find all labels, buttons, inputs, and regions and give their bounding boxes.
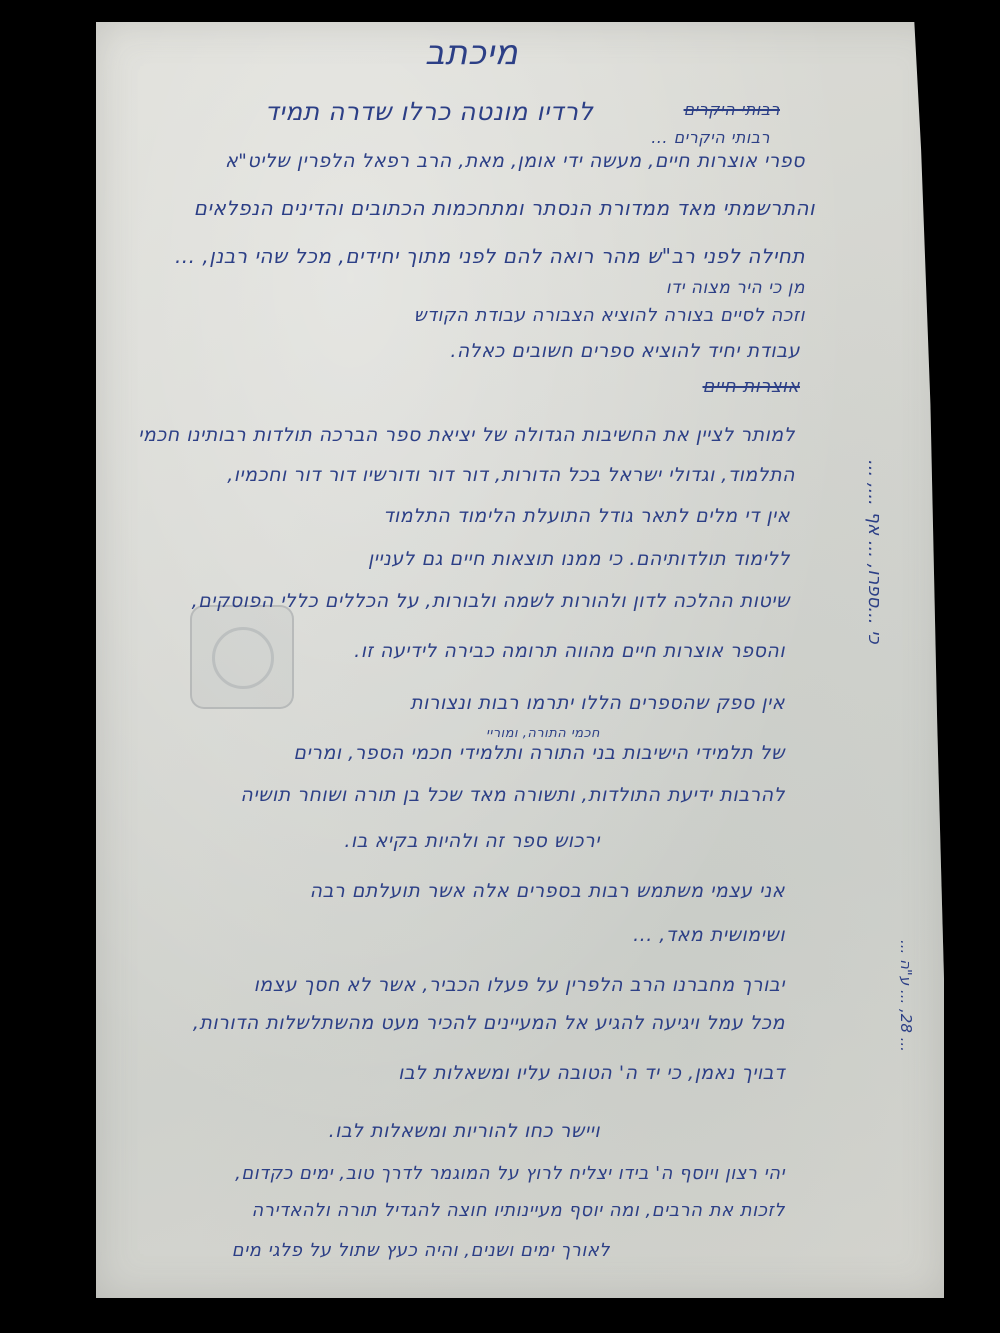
text-line: שיטות ההלכה לדון ולהורות לשמה ולבורות, ע…	[192, 590, 790, 612]
margin-note-bottom: ... 28, ... ע"ה ...	[897, 940, 915, 1052]
text-line: רבותי היקרים ...	[651, 128, 770, 147]
interlinear-note: חכמי התורה, ומוריי	[486, 726, 600, 741]
text-line: ושימושית מאד, ...	[633, 924, 785, 946]
text-line: ספרי אוצרות חיים, מעשה ידי אומן, מאת, הר…	[225, 150, 805, 172]
text-line: מן כי היר מצוה ידו	[666, 278, 805, 298]
text-line: של תלמידי הישיבות בני התורה ותלמידי חכמי…	[293, 742, 785, 764]
ghost-stamp	[190, 605, 294, 709]
letter-title: מיכתב	[425, 33, 518, 73]
text-line: רבותי היקרים	[684, 100, 780, 119]
text-line: מכל עמל ויגיעה להגיע אל המעיינים להכיר מ…	[193, 1012, 785, 1034]
text-line: אני עצמי משתמש רבות בספרים אלה אשר תועלת…	[310, 880, 785, 902]
text-line: למותר לציין את החשיבות הגדולה של יציאת ס…	[138, 424, 795, 446]
margin-note-middle: כי ...ספרו, ... אף ..., ...	[864, 460, 885, 644]
text-line: והספר אוצרות חיים מהווה תרומה כבירה לידי…	[354, 640, 785, 662]
text-line: ללימוד תולדותיהם. כי ממנו תוצאות חיים גם…	[368, 548, 790, 570]
text-line: והתרשמתי מאד ממדורת הנסתר ומתחכמות הכתוב…	[194, 196, 815, 220]
text-line: התלמוד, וגדולי ישראל בכל הדורות, דור דור…	[227, 464, 795, 486]
text-line: לזכות את הרבים, ומה יוסף מעיינותיו חוצה …	[252, 1200, 785, 1221]
text-line: תחילה לפני רב"ש מהר רואה להם לפני מתוך י…	[175, 244, 805, 268]
text-line: אין די מלים לתאר גודל התועלת הלימוד התלמ…	[383, 505, 790, 527]
text-line: וזכה לסיים בצורה להוציא הצבורה עבודת הקו…	[414, 305, 805, 326]
text-line-heading: אוצרות חיים	[703, 376, 801, 397]
text-line: ירכוש ספר זה ולהיות בקיא בו.	[344, 830, 600, 852]
text-line: לאורך ימים ושנים, והיה כעץ שתול על פלגי …	[232, 1240, 610, 1261]
text-line: אין ספק שהספרים הללו יתרמו רבות ונצורות	[410, 692, 785, 714]
text-line: להרבות ידיעת התולדות, ותשורה מאד שכל בן …	[240, 784, 785, 806]
text-line: עבודת יחיד להוציא ספרים חשובים כאלה.	[450, 340, 800, 362]
text-line: יבורך מחברנו הרב הלפרין על פעלו הכביר, א…	[254, 974, 785, 996]
text-line: דבויך נאמן, כי יד ה' הטובה עליו ומשאלות …	[398, 1062, 785, 1084]
text-line: ויישר כחו להוריות ומשאלות לבו.	[329, 1120, 600, 1142]
text-line: יהי רצון ויוסף ה' בידו יצליח לרוץ על המו…	[235, 1163, 785, 1184]
letter-subtitle: לרדיו מונטה כרלו שדרה תמיד	[265, 97, 593, 126]
